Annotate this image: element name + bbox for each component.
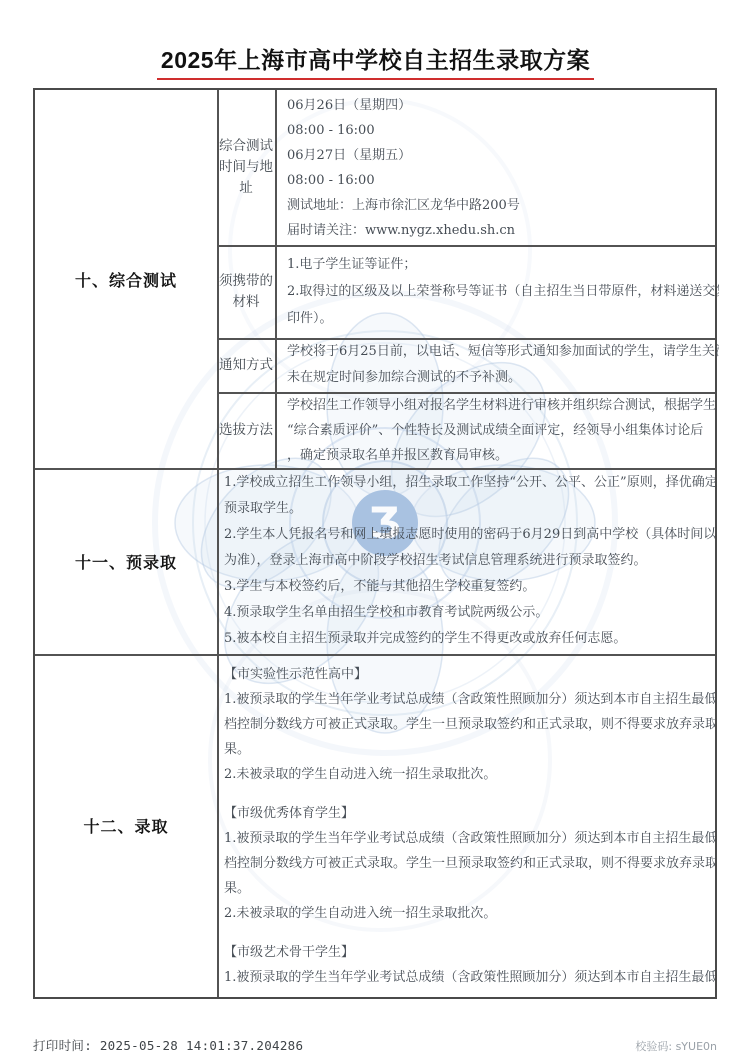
text-line: 档控制分数线方可被正式录取。学生一旦预录取签约和正式录取，则不得要求放弃录取结 [224, 851, 712, 876]
verification-code: 校验码: sYUE0n [635, 1038, 717, 1054]
text-line: 1.被预录取的学生当年学业考试总成绩（含政策性照顾加分）须达到本市自主招生最低投 [224, 965, 712, 990]
text-line: 08:00 - 16:00 [287, 168, 715, 193]
page-header: 2025年上海市高中学校自主招生录取方案 [0, 42, 751, 80]
print-time-label: 打印时间: [33, 1038, 92, 1053]
text-line: 1.学校成立招生工作领导小组，招生录取工作坚持“公开、公平、公正”原则，择优确定 [224, 470, 712, 496]
admission-plan-table: 十、综合测试 十一、预录取 十二、录取 综合测试时间与地址 须携带的材料 通知方… [33, 88, 717, 999]
text-line: 预录取学生。 [224, 496, 712, 522]
text-line: 果。 [224, 737, 712, 762]
text-line: 果。 [224, 876, 712, 901]
content-notice: 学校将于6月25日前，以电话、短信等形式通知参加面试的学生，请学生关注。未在规定… [275, 338, 719, 392]
text-line: 08:00 - 16:00 [287, 118, 715, 143]
row-header-materials: 须携带的材料 [217, 245, 275, 338]
text-line: 印件）。 [287, 305, 715, 332]
text-line: 【市级优秀体育学生】 [224, 801, 712, 826]
content-materials: 1.电子学生证等证件；2.取得过的区级及以上荣誉称号等证书（自主招生当日带原件，… [275, 245, 719, 338]
print-time: 打印时间: 2025-05-28 14:01:37.204286 [33, 1036, 303, 1054]
text-line: 为准），登录上海市高中阶段学校招生考试信息管理系统进行预录取签约。 [224, 548, 712, 574]
text-line: 2.学生本人凭报名号和网上填报志愿时使用的密码于6月29日到高中学校（具体时间以… [224, 522, 712, 548]
row-header-selection: 选拔方法 [217, 392, 275, 468]
content-pre-admission: 1.学校成立招生工作领导小组，招生录取工作坚持“公开、公平、公正”原则，择优确定… [217, 468, 715, 654]
text-line: ，确定预录取名单并报区教育局审核。 [287, 443, 715, 468]
text-line: 5.被本校自主招生预录取并完成签约的学生不得更改或放弃任何志愿。 [224, 626, 712, 652]
section-label-12: 十二、录取 [35, 654, 217, 997]
text-line: 测试地址：上海市徐汇区龙华中路200号 [287, 193, 715, 218]
text-line: 档控制分数线方可被正式录取。学生一旦预录取签约和正式录取，则不得要求放弃录取结 [224, 712, 712, 737]
text-line: 未在规定时间参加综合测试的不予补测。 [287, 365, 715, 391]
text-line: 【市实验性示范性高中】 [224, 662, 712, 687]
text-line: 【市级艺术骨干学生】 [224, 940, 712, 965]
text-line: 2.取得过的区级及以上荣誉称号等证书（自主招生当日带原件，材料递送交复 [287, 278, 715, 305]
text-line: 3.学生与本校签约后，不能与其他招生学校重复签约。 [224, 574, 712, 600]
print-time-value: 2025-05-28 14:01:37.204286 [100, 1038, 303, 1053]
text-line: 2.未被录取的学生自动进入统一招生录取批次。 [224, 762, 712, 787]
text-line: 学校招生工作领导小组对报名学生材料进行审核并组织综合测试，根据学生 [287, 393, 715, 418]
text-line: 学校将于6月25日前，以电话、短信等形式通知参加面试的学生，请学生关注。 [287, 339, 715, 365]
text-line: “综合素质评价”、个性特长及测试成绩全面评定，经领导小组集体讨论后 [287, 418, 715, 443]
text-line: 4.预录取学生名单由招生学校和市教育考试院两级公示。 [224, 600, 712, 626]
text-line: 1.被预录取的学生当年学业考试总成绩（含政策性照顾加分）须达到本市自主招生最低投 [224, 687, 712, 712]
text-line: 2.未被录取的学生自动进入统一招生录取批次。 [224, 901, 712, 926]
verification-code-value: sYUE0n [676, 1040, 717, 1053]
verification-code-label: 校验码: [635, 1040, 672, 1053]
text-line [224, 926, 712, 940]
content-test-time: 06月26日（星期四）08:00 - 16:0006月27日（星期五）08:00… [275, 90, 719, 245]
text-line: 1.被预录取的学生当年学业考试总成绩（含政策性照顾加分）须达到本市自主招生最低投 [224, 826, 712, 851]
text-line: 06月27日（星期五） [287, 143, 715, 168]
content-admission: 【市实验性示范性高中】1.被预录取的学生当年学业考试总成绩（含政策性照顾加分）须… [217, 654, 715, 997]
text-line: 届时请关注：www.nygz.xhedu.sh.cn [287, 218, 715, 243]
page-title: 2025年上海市高中学校自主招生录取方案 [157, 42, 594, 80]
text-line [224, 787, 712, 801]
text-line: 06月26日（星期四） [287, 93, 715, 118]
section-label-11: 十一、预录取 [35, 468, 217, 654]
content-selection: 学校招生工作领导小组对报名学生材料进行审核并组织综合测试，根据学生“综合素质评价… [275, 392, 719, 468]
section-label-10: 十、综合测试 [35, 90, 217, 468]
row-header-notice: 通知方式 [217, 338, 275, 392]
text-line: 1.电子学生证等证件； [287, 251, 715, 278]
row-header-test-time: 综合测试时间与地址 [217, 90, 275, 245]
